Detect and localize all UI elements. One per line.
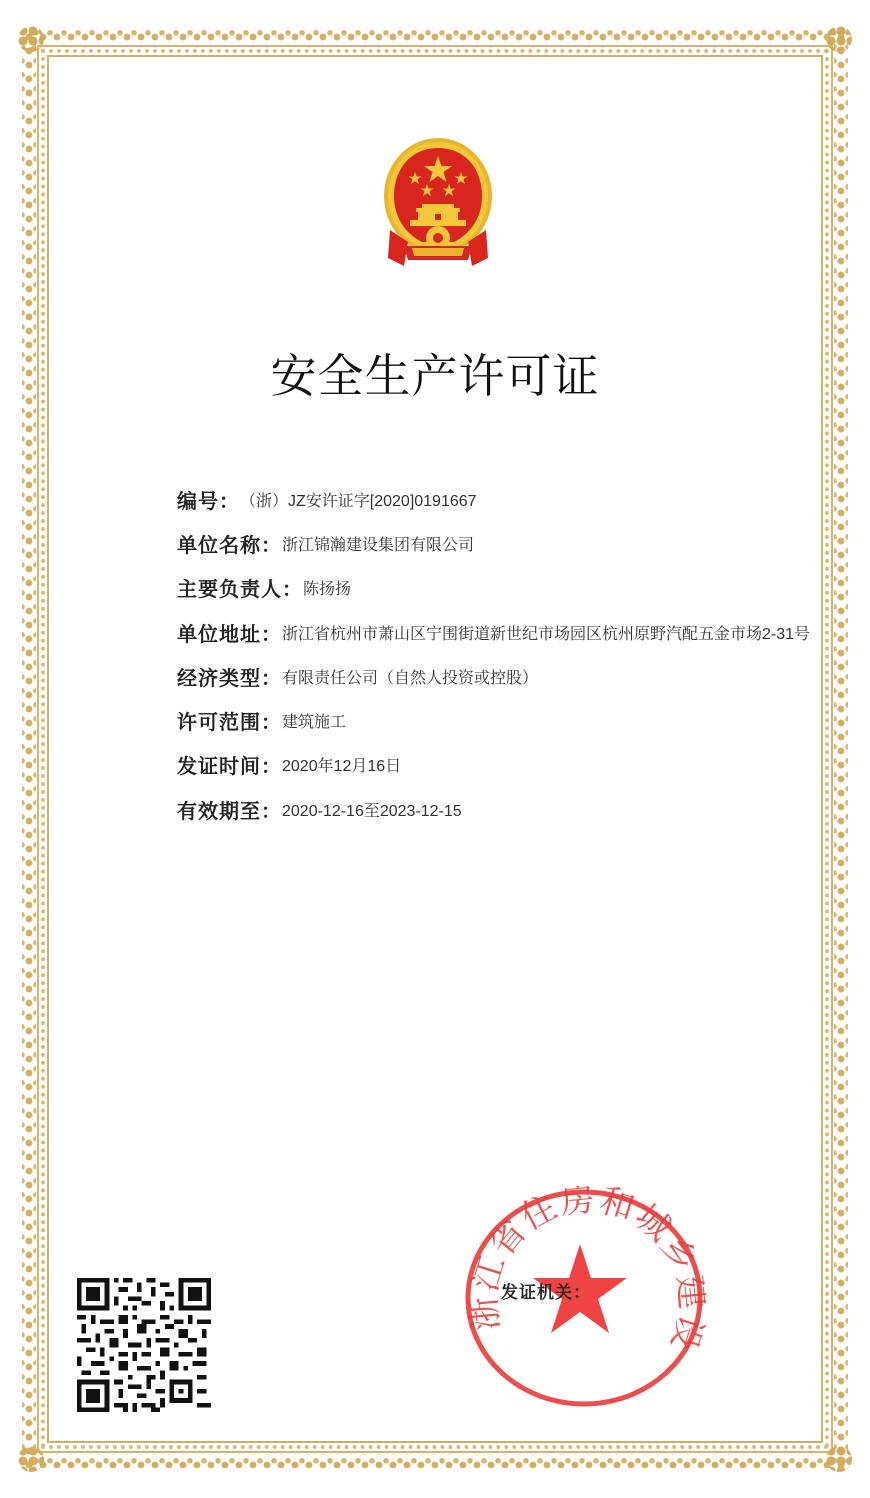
- field-label: 许可范围：: [177, 706, 282, 735]
- field-value: 2020-12-16至2023-12-15: [282, 798, 462, 821]
- field-row-company-name: 单位名称： 浙江锦瀚建设集团有限公司: [177, 521, 810, 565]
- frame-corner-ornament: [18, 26, 44, 52]
- frame-corner-ornament: [18, 1446, 44, 1472]
- qr-code-icon[interactable]: [76, 1278, 212, 1412]
- field-value: 2020年12月16日: [282, 753, 401, 776]
- field-label: 编号：: [177, 485, 240, 514]
- field-row-principal: 主要负责人： 陈扬扬: [177, 566, 810, 610]
- field-row-issue-date: 发证时间： 2020年12月16日: [177, 743, 810, 787]
- field-value: 有限责任公司（自然人投资或控股）: [282, 665, 538, 688]
- field-row-scope: 许可范围： 建筑施工: [177, 698, 810, 742]
- field-label: 有效期至：: [177, 795, 282, 824]
- frame-corner-ornament: [826, 26, 852, 52]
- certificate-fields: 编号： （浙）JZ安许证字[2020]0191667 单位名称： 浙江锦瀚建设集…: [177, 477, 810, 831]
- field-label: 发证时间：: [177, 750, 282, 779]
- field-value: 浙江锦瀚建设集团有限公司: [282, 532, 474, 555]
- field-value: 浙江省杭州市萧山区宁围街道新世纪市场园区杭州原野汽配五金市场2-31号: [282, 621, 810, 644]
- field-label: 单位名称：: [177, 529, 282, 558]
- field-value: （浙）JZ安许证字[2020]0191667: [240, 488, 477, 511]
- frame-corner-ornament: [826, 1446, 852, 1472]
- field-value: 建筑施工: [282, 709, 346, 732]
- field-row-validity: 有效期至： 2020-12-16至2023-12-15: [177, 787, 810, 831]
- certificate-title: 安全生产许可证: [0, 340, 870, 406]
- field-label: 单位地址：: [177, 618, 282, 647]
- field-label: 经济类型：: [177, 662, 282, 691]
- field-row-economic-type: 经济类型： 有限责任公司（自然人投资或控股）: [177, 654, 810, 698]
- issuer-label: 发证机关：: [501, 1278, 591, 1303]
- field-label: 主要负责人：: [177, 573, 303, 602]
- national-emblem-icon: [382, 134, 494, 276]
- field-row-number: 编号： （浙）JZ安许证字[2020]0191667: [177, 477, 810, 521]
- field-row-address: 单位地址： 浙江省杭州市萧山区宁围街道新世纪市场园区杭州原野汽配五金市场2-31…: [177, 610, 810, 654]
- field-value: 陈扬扬: [303, 576, 351, 599]
